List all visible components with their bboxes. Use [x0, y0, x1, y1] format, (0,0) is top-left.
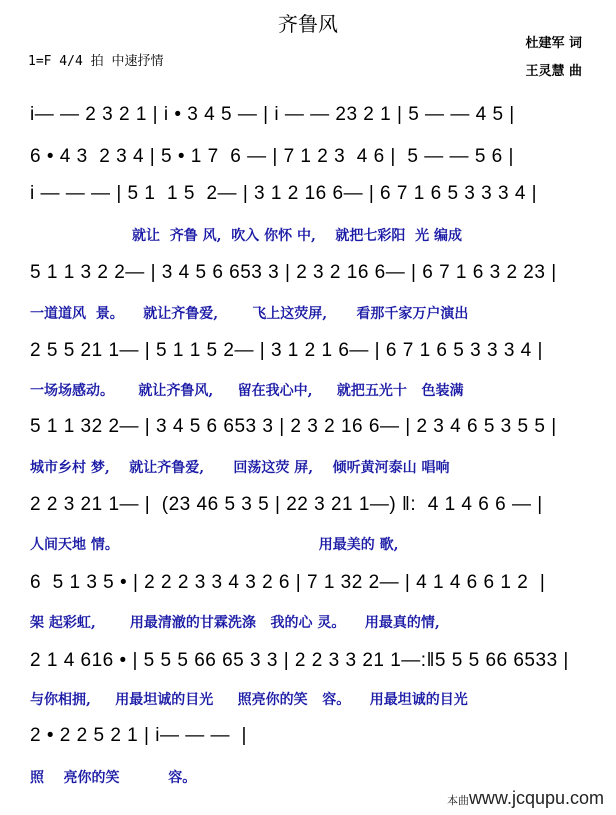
watermark: 本曲www.jcqupu.com: [447, 788, 604, 809]
watermark-prefix: 本曲: [447, 794, 469, 807]
notation-line-9: 2 1 4 616 • | 5 5 5 66 65 3 3 | 2 2 3 3 …: [30, 650, 569, 672]
lyric-line-3: 就让 齐鲁 风, 吹入 你怀 中, 就把七彩阳 光 编成: [132, 225, 462, 245]
notation-line-7: 2 2 3 21 1— | (23 46 5 3 5 | 22 3 21 1—)…: [30, 494, 543, 516]
lyric-line-9: 与你相拥, 用最坦诚的目光 照亮你的笑 容。 用最坦诚的目光: [30, 689, 468, 709]
notation-line-10: 2 • 2 2 5 2 1 | i— — — |: [30, 725, 247, 747]
lyricist-credit: 杜建军 词: [525, 32, 582, 51]
notation-line-8: 6 5 1 3 5 • | 2 2 2 3 3 4 3 2 6 | 7 1 32…: [30, 572, 545, 594]
composer-credit: 王灵慧 曲: [525, 60, 582, 79]
lyric-line-8: 架 起彩虹, 用最清澈的甘霖洗涤 我的心 灵。 用最真的情,: [30, 612, 440, 632]
lyric-line-4: 一道道风 景。 就让齐鲁爱, 飞上这荧屏, 看那千家万户演出: [30, 303, 468, 323]
lyric-line-6: 城市乡村 梦, 就让齐鲁爱, 回荡这荧 屏, 倾听黄河泰山 唱响: [30, 457, 449, 477]
key-meter-tempo: 1=F 4/4 拍 中速抒情: [28, 50, 163, 69]
notation-line-5: 2 5 5 21 1— | 5 1 1 5 2— | 3 1 2 1 6— | …: [30, 340, 543, 362]
notation-line-4: 5 1 1 3 2 2— | 3 4 5 6 653 3 | 2 3 2 16 …: [30, 262, 557, 284]
notation-line-6: 5 1 1 32 2— | 3 4 5 6 653 3 | 2 3 2 16 6…: [30, 416, 557, 438]
lyric-line-5: 一场场感动。 就让齐鲁风, 留在我心中, 就把五光十 色装满: [30, 380, 463, 400]
song-title: 齐鲁风: [0, 8, 616, 37]
notation-line-1: i— — 2 3 2 1 | i • 3 4 5 — | i — — 23 2 …: [30, 104, 515, 126]
notation-line-2: 6 • 4 3 2 3 4 | 5 • 1 7 6 — | 7 1 2 3 4 …: [30, 146, 514, 168]
lyric-line-10: 照 亮你的笑 容。: [30, 767, 196, 787]
lyric-line-7: 人间天地 情。 用最美的 歌,: [30, 534, 398, 554]
notation-line-3: i — — — | 5 1 1 5 2— | 3 1 2 16 6— | 6 7…: [30, 183, 537, 205]
watermark-url: www.jcqupu.com: [469, 788, 604, 808]
